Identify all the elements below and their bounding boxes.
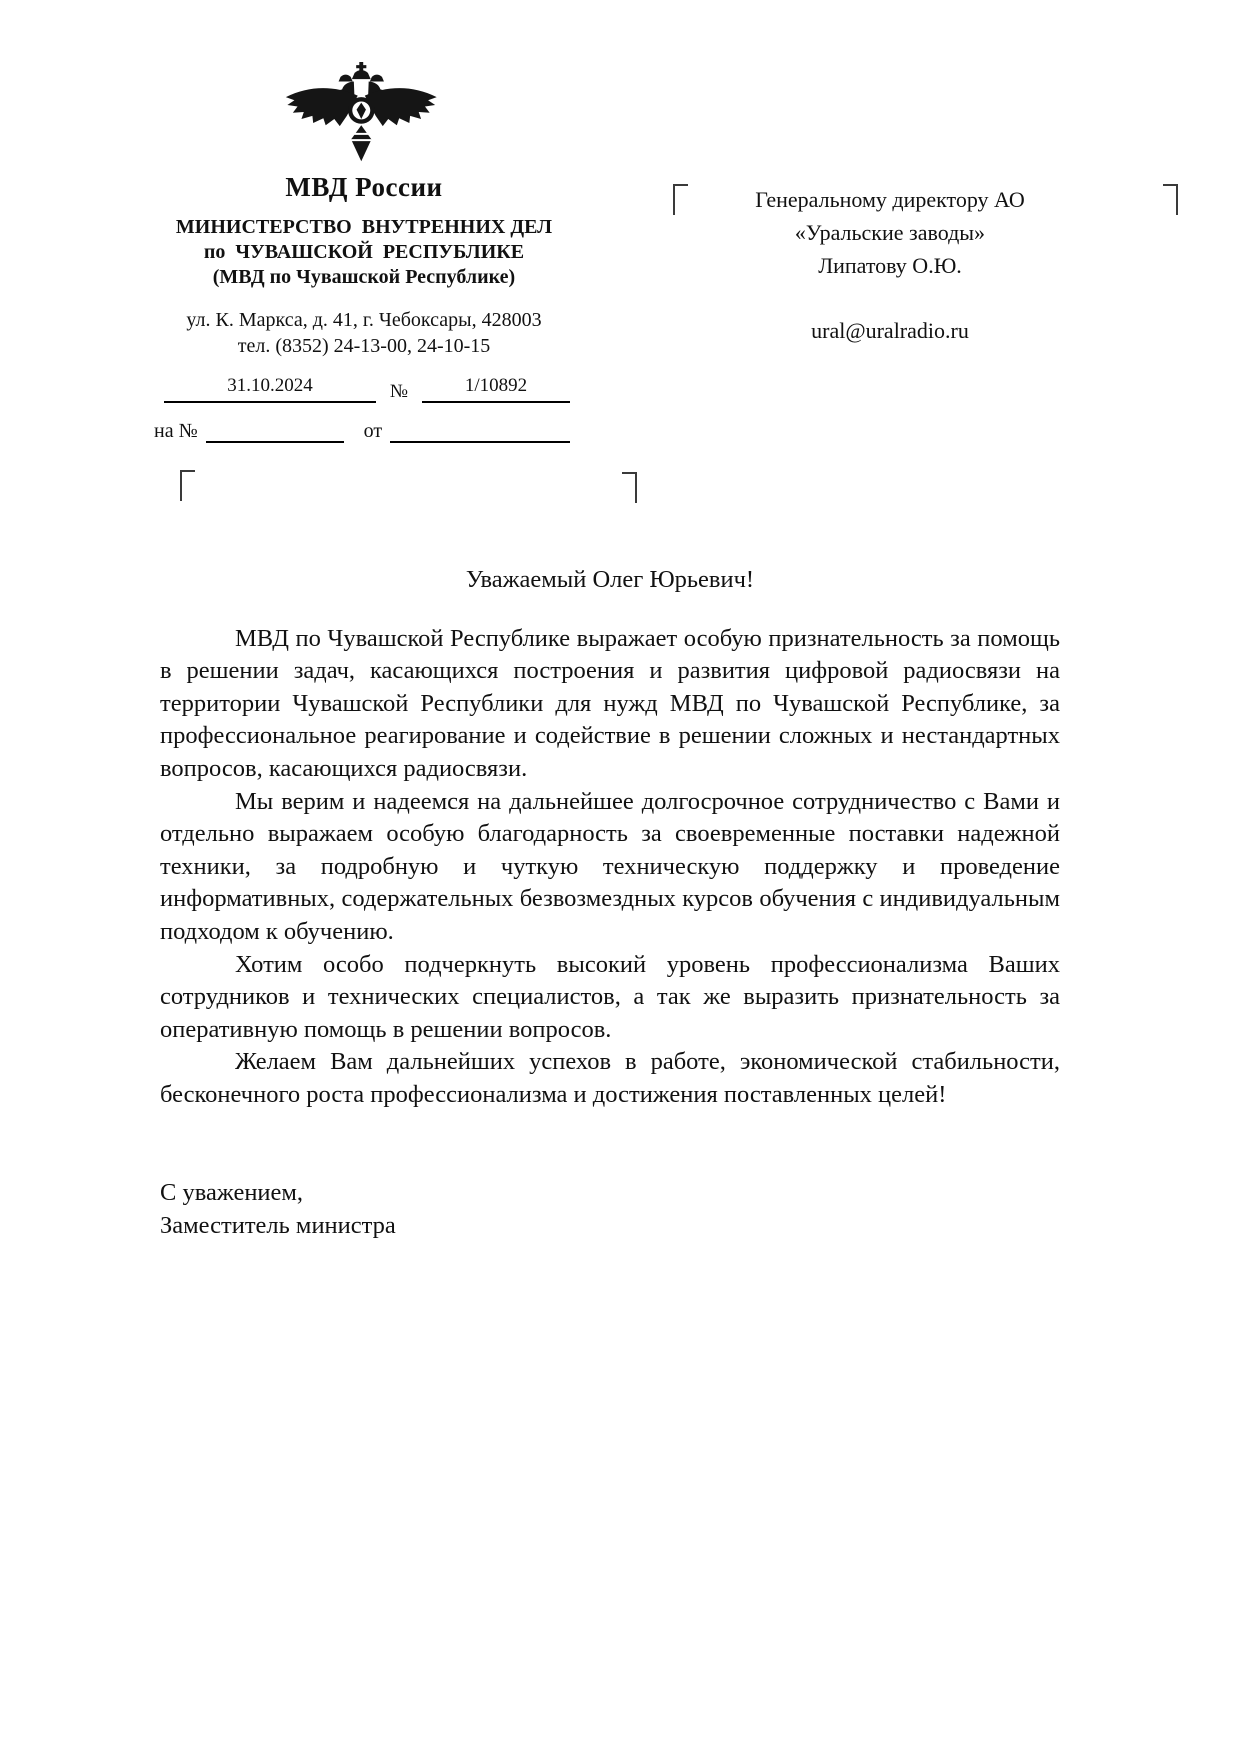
- letter-body: Уважаемый Олег Юрьевич! МВД по Чувашской…: [160, 564, 1060, 1242]
- org-name-short: МВД России: [150, 172, 578, 203]
- paragraph-1: МВД по Чувашской Республике выражает осо…: [160, 623, 1060, 786]
- ref-number-label: на №: [154, 419, 206, 443]
- addressee-block: Генеральному директору АО «Уральские зав…: [645, 183, 1135, 347]
- org-name-line2: по ЧУВАШСКОЙ РЕСПУБЛИКЕ: [150, 240, 578, 265]
- org-name-line3: (МВД по Чувашской Республике): [150, 265, 578, 290]
- corner-mark-bottom-left-icon: [180, 470, 195, 501]
- contact-block: ул. К. Маркса, д. 41, г. Чебоксары, 4280…: [150, 307, 578, 359]
- ref-number-blank-line: [206, 415, 344, 443]
- letterhead: МВД России МИНИСТЕРСТВО ВНУТРЕННИХ ДЕЛ п…: [150, 58, 578, 443]
- ref-date-blank-line: [390, 415, 570, 443]
- ref-from-label: от: [360, 419, 390, 443]
- paragraph-2: Мы верим и надеемся на дальнейшее долгос…: [160, 786, 1060, 949]
- mvd-emblem-eagle-icon: [278, 58, 450, 166]
- org-name-line1: МИНИСТЕРСТВО ВНУТРЕННИХ ДЕЛ: [150, 215, 578, 240]
- letter-date: 31.10.2024: [164, 371, 376, 403]
- letter-number: 1/10892: [422, 371, 570, 403]
- salutation: Уважаемый Олег Юрьевич!: [160, 564, 1060, 597]
- corner-mark-bottom-right-icon: [622, 472, 637, 503]
- org-address: ул. К. Маркса, д. 41, г. Чебоксары, 4280…: [150, 307, 578, 333]
- paragraph-3: Хотим особо подчеркнуть высокий уровень …: [160, 949, 1060, 1047]
- signature-block: С уважением, Заместитель министра: [160, 1176, 1060, 1242]
- reference-row: на № от: [154, 415, 570, 443]
- addressee-person: Липатову О.Ю.: [645, 249, 1135, 282]
- signature-title: Заместитель министра: [160, 1209, 1060, 1242]
- number-sign: №: [376, 381, 422, 403]
- paragraph-4: Желаем Вам дальнейших успехов в работе, …: [160, 1046, 1060, 1111]
- addressee-email: ural@uralradio.ru: [645, 314, 1135, 347]
- addressee-position: Генеральному директору АО: [645, 183, 1135, 216]
- date-number-row: 31.10.2024 № 1/10892: [164, 369, 570, 403]
- addressee-company: «Уральские заводы»: [645, 216, 1135, 249]
- org-phone: тел. (8352) 24-13-00, 24-10-15: [150, 333, 578, 359]
- corner-mark-addressee-right-icon: [1163, 184, 1178, 215]
- signature-closing: С уважением,: [160, 1176, 1060, 1209]
- letter-page: { "page": { "background": "#ffffff", "te…: [0, 0, 1240, 1754]
